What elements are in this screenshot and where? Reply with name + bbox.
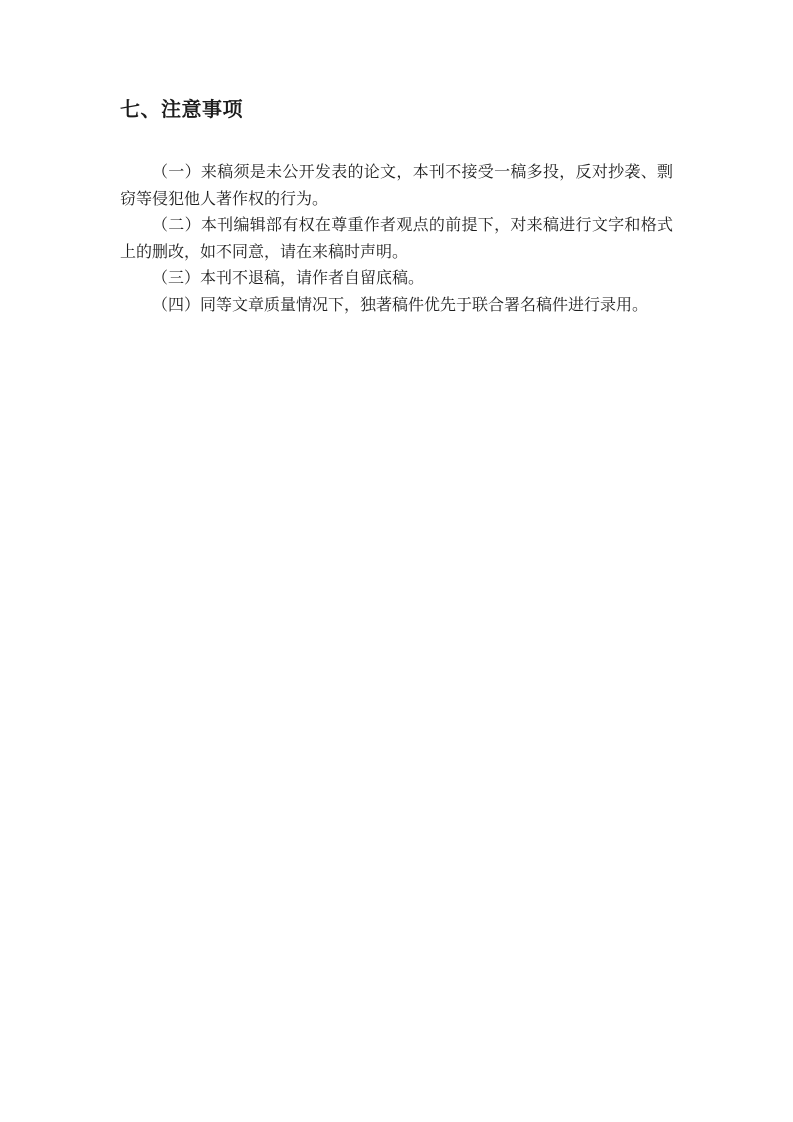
paragraph-item-2: （二）本刊编辑部有权在尊重作者观点的前提下，对来稿进行文字和格式上的删改，如不同… bbox=[120, 213, 673, 266]
paragraph-item-3: （三）本刊不退稿，请作者自留底稿。 bbox=[120, 266, 673, 293]
content-area: （一）来稿须是未公开发表的论文，本刊不接受一稿多投，反对抄袭、剽窃等侵犯他人著作… bbox=[120, 160, 673, 320]
paragraph-item-4: （四）同等文章质量情况下，独著稿件优先于联合署名稿件进行录用。 bbox=[120, 293, 673, 320]
document-page: 七、注意事项 （一）来稿须是未公开发表的论文，本刊不接受一稿多投，反对抄袭、剽窃… bbox=[0, 0, 793, 1122]
paragraph-item-1: （一）来稿须是未公开发表的论文，本刊不接受一稿多投，反对抄袭、剽窃等侵犯他人著作… bbox=[120, 160, 673, 213]
section-heading: 七、注意事项 bbox=[120, 97, 243, 123]
